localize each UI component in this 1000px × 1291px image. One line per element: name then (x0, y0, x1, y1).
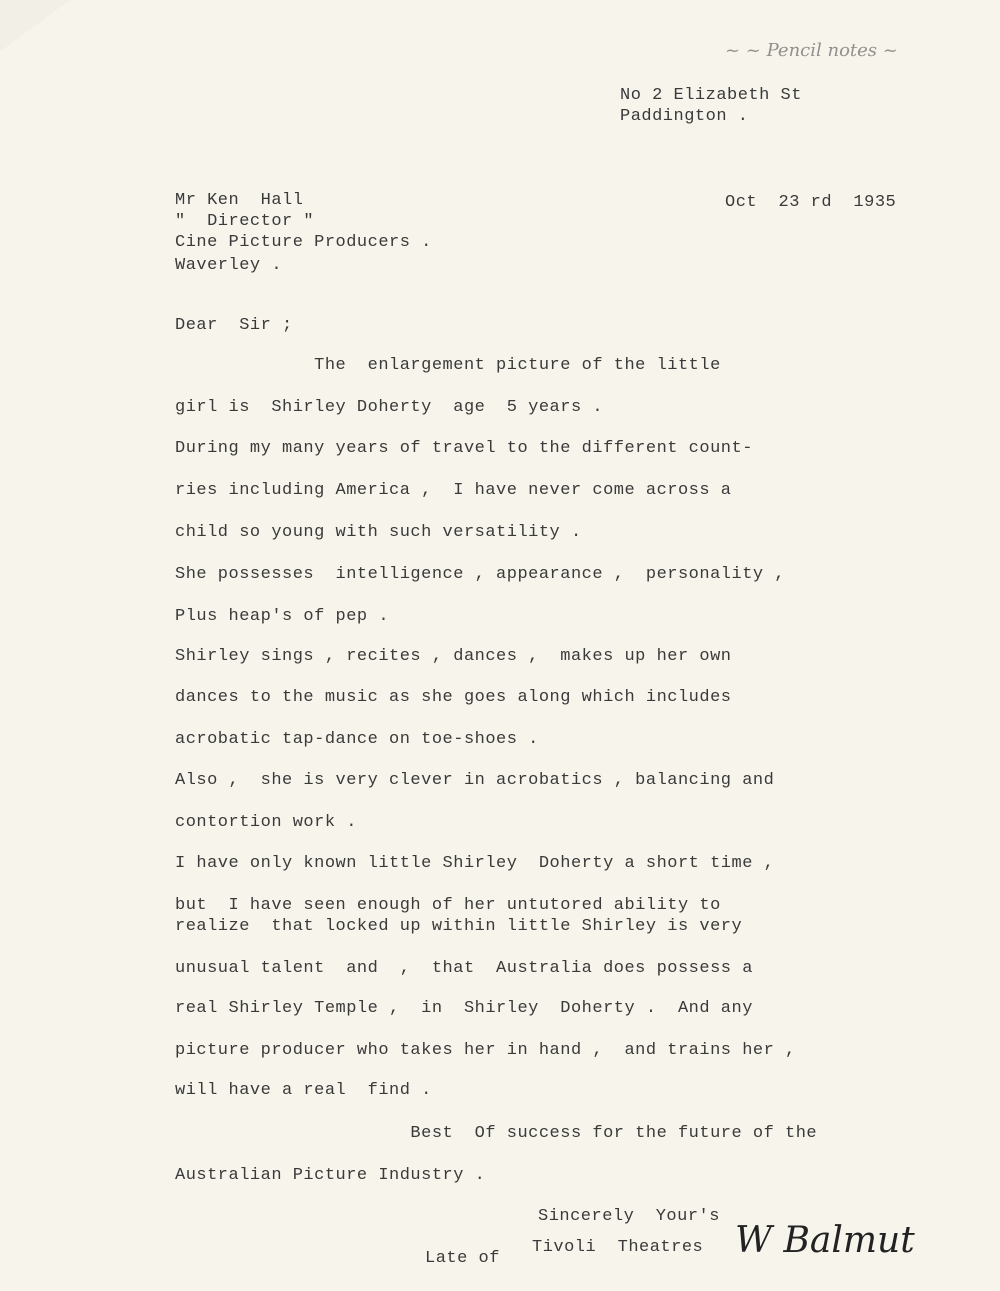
body-line: unusual talent and , that Australia does… (175, 959, 753, 978)
body-line: The enlargement picture of the little (175, 356, 721, 375)
body-line: I have only known little Shirley Doherty… (175, 854, 774, 873)
body-line: Australian Picture Industry . (175, 1166, 485, 1185)
recipient-location: Waverley . (175, 256, 282, 275)
body-line: real Shirley Temple , in Shirley Doherty… (175, 999, 753, 1018)
sender-address-line1: No 2 Elizabeth St (620, 86, 802, 105)
body-line: She possesses intelligence , appearance … (175, 565, 785, 584)
body-line: Shirley sings , recites , dances , makes… (175, 647, 732, 666)
body-line: Plus heap's of pep . (175, 607, 389, 626)
body-line: contortion work . (175, 813, 357, 832)
sender-address-line2: Paddington . (620, 107, 748, 126)
body-line: but I have seen enough of her untutored … (175, 896, 721, 915)
late-of-label: Late of (425, 1249, 500, 1268)
closing-line: Sincerely Your's (538, 1207, 720, 1226)
body-line: During my many years of travel to the di… (175, 439, 753, 458)
recipient-company: Cine Picture Producers . (175, 233, 432, 252)
letter-date: Oct 23 rd 1935 (725, 193, 896, 212)
recipient-name: Mr Ken Hall (175, 191, 303, 210)
recipient-title: " Director " (175, 212, 314, 231)
body-line: realize that locked up within little Shi… (175, 917, 742, 936)
handwritten-signature: W Balmut (735, 1220, 915, 1261)
pencil-annotation: ~ ~ Pencil notes ~ (725, 40, 898, 61)
body-line: picture producer who takes her in hand ,… (175, 1041, 796, 1060)
body-line: ries including America , I have never co… (175, 481, 732, 500)
theatre-name: Tivoli Theatres (532, 1238, 703, 1257)
body-line: Best Of success for the future of the (175, 1124, 817, 1143)
body-line: child so young with such versatility . (175, 523, 582, 542)
body-line: dances to the music as she goes along wh… (175, 688, 732, 707)
body-line: will have a real find . (175, 1081, 432, 1100)
body-line: girl is Shirley Doherty age 5 years . (175, 398, 603, 417)
body-line: acrobatic tap-dance on toe-shoes . (175, 730, 539, 749)
body-line: Also , she is very clever in acrobatics … (175, 771, 774, 790)
salutation: Dear Sir ; (175, 316, 293, 335)
